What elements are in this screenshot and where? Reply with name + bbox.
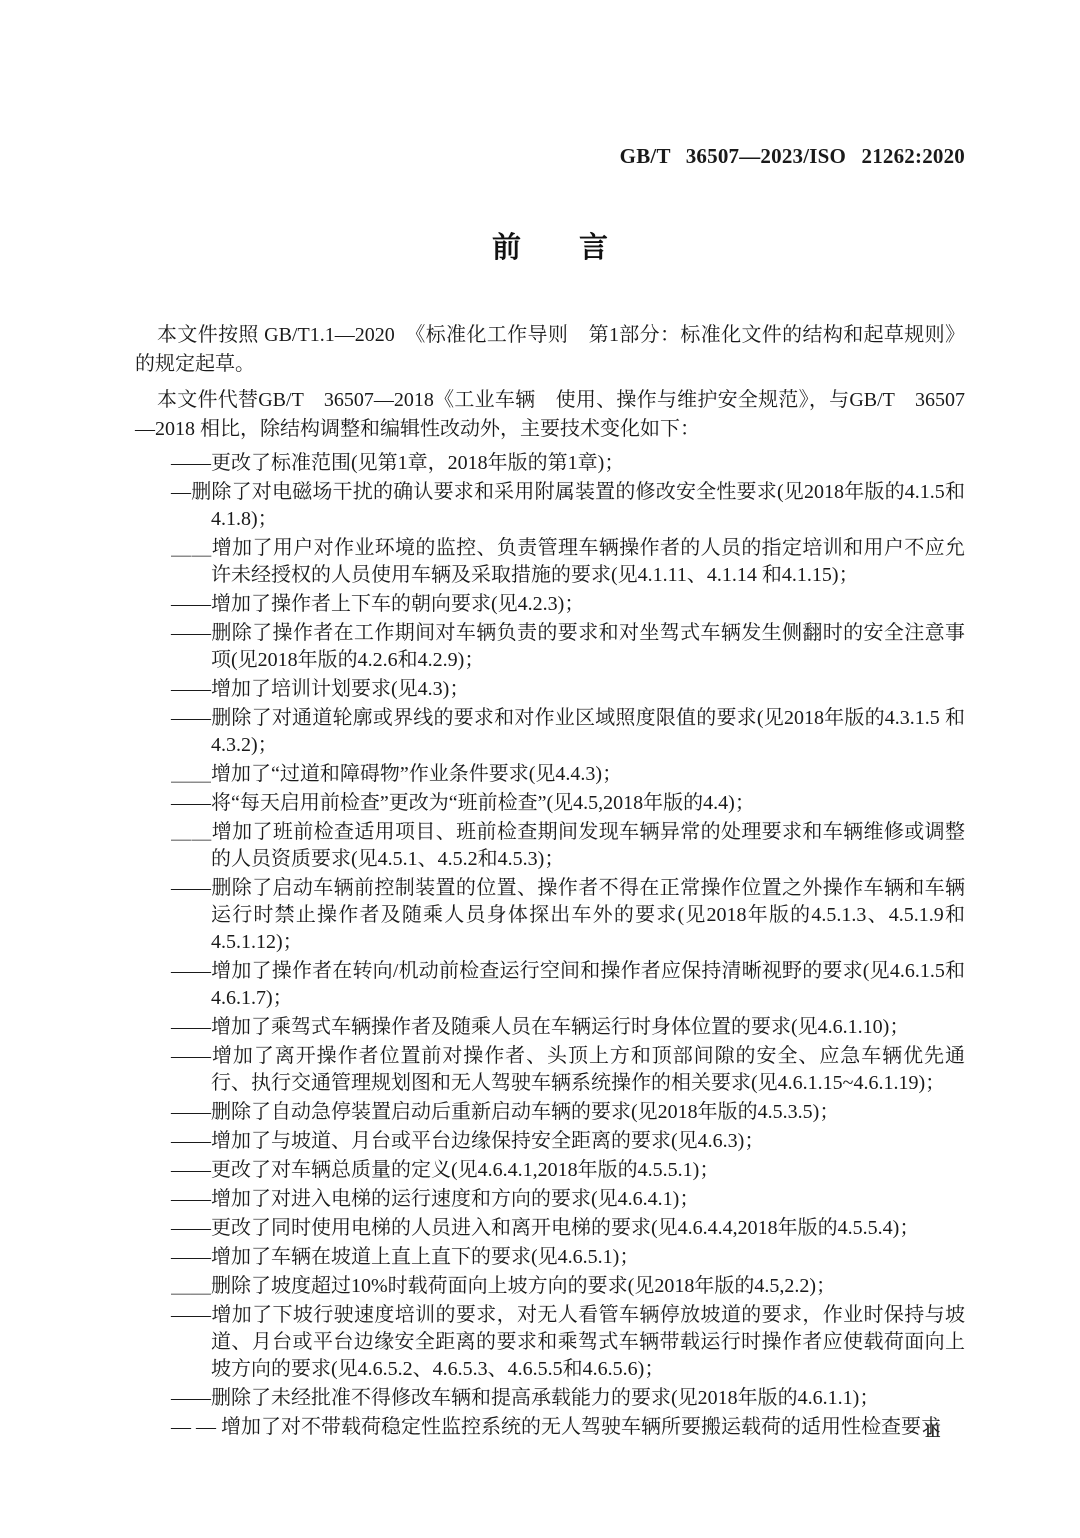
change-item: ——增加了操作者上下车的朝向要求(见4.2.3)；	[171, 591, 965, 618]
change-item: ＿＿增加了班前检查适用项目、班前检查期间发现车辆异常的处理要求和车辆维修或调整的…	[171, 819, 965, 873]
change-item: ——增加了离开操作者位置前对操作者、头顶上方和顶部间隙的安全、应急车辆优先通行、…	[171, 1043, 965, 1097]
foreword-title: 前 言	[135, 231, 965, 265]
change-item: ——增加了操作者在转向/机动前检查运行空间和操作者应保持清晰视野的要求(见4.6…	[171, 958, 965, 1012]
changes-list: ——更改了标准范围(见第1章，2018年版的第1章)；—删除了对电磁场干扰的确认…	[135, 450, 965, 1441]
change-item: ——删除了自动急停装置启动后重新启动车辆的要求(见2018年版的4.5.3.5)…	[171, 1099, 965, 1126]
change-item: ——更改了同时使用电梯的人员进入和离开电梯的要求(见4.6.4.4,2018年版…	[171, 1215, 965, 1242]
change-item: ——更改了标准范围(见第1章，2018年版的第1章)；	[171, 450, 965, 477]
change-item: ——增加了培训计划要求(见4.3)；	[171, 676, 965, 703]
change-item: ——删除了操作者在工作期间对车辆负责的要求和对坐驾式车辆发生侧翻时的安全注意事项…	[171, 620, 965, 674]
change-item: ——增加了对进入电梯的运行速度和方向的要求(见4.6.4.1)；	[171, 1186, 965, 1213]
change-item: ——更改了对车辆总质量的定义(见4.6.4.1,2018年版的4.5.5.1)；	[171, 1157, 965, 1184]
change-item: —删除了对电磁场干扰的确认要求和采用附属装置的修改安全性要求(见2018年版的4…	[171, 479, 965, 533]
page-number: Ⅲ	[925, 1422, 942, 1442]
change-item: ——增加了乘驾式车辆操作者及随乘人员在车辆运行时身体位置的要求(见4.6.1.1…	[171, 1014, 965, 1041]
change-item: ——将“每天启用前检查”更改为“班前检查”(见4.5,2018年版的4.4)；	[171, 790, 965, 817]
intro-section: 本文件按照 GB/T1.1—2020 《标准化工作导则 第1部分：标准化文件的结…	[135, 321, 965, 444]
change-item: ——增加了下坡行驶速度培训的要求，对无人看管车辆停放坡道的要求，作业时保持与坡道…	[171, 1302, 965, 1383]
change-item: ＿＿增加了用户对作业环境的监控、负责管理车辆操作者的人员的指定培训和用户不应允许…	[171, 535, 965, 589]
document-page: GB/T 36507—2023/ISO 21262:2020 前 言 本文件按照…	[0, 0, 1080, 1538]
change-item: ——删除了启动车辆前控制装置的位置、操作者不得在正常操作位置之外操作车辆和车辆运…	[171, 875, 965, 956]
change-item: ——增加了车辆在坡道上直上直下的要求(见4.6.5.1)；	[171, 1244, 965, 1271]
change-item: ——删除了对通道轮廓或界线的要求和对作业区域照度限值的要求(见2018年版的4.…	[171, 705, 965, 759]
change-item: ——删除了未经批准不得修改车辆和提高承载能力的要求(见2018年版的4.6.1.…	[171, 1385, 965, 1412]
change-item: ＿＿删除了坡度超过10%时载荷面向上坡方向的要求(见2018年版的4.5,2.2…	[171, 1273, 965, 1300]
change-item: — — 增加了对不带载荷稳定性监控系统的无人驾驶车辆所要搬运载荷的适用性检查要求	[171, 1414, 965, 1441]
change-item: ＿＿增加了“过道和障碍物”作业条件要求(见4.4.3)；	[171, 761, 965, 788]
change-item: ——增加了与坡道、月台或平台边缘保持安全距离的要求(见4.6.3)；	[171, 1128, 965, 1155]
standard-code: GB/T 36507—2023/ISO 21262:2020	[135, 0, 965, 169]
intro-paragraph: 本文件代替GB/T 36507—2018《工业车辆 使用、操作与维护安全规范》，…	[135, 386, 965, 444]
intro-paragraph: 本文件按照 GB/T1.1—2020 《标准化工作导则 第1部分：标准化文件的结…	[135, 321, 965, 379]
